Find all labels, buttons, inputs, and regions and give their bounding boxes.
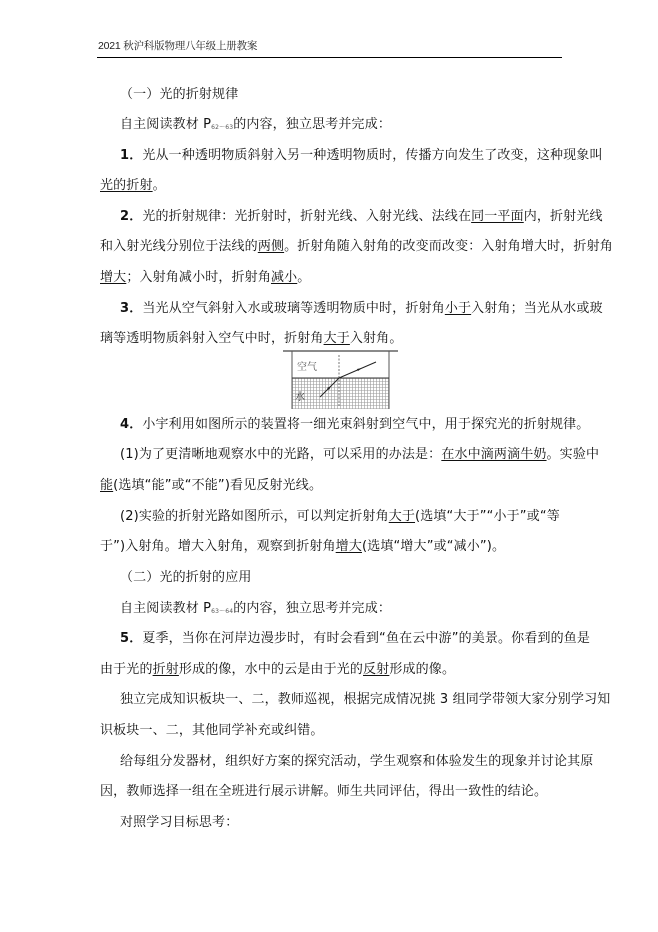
question-text: 夏季，当你在河岸边漫步时，有时会看到“鱼在云中游”的美景。你看到的鱼是 xyxy=(142,631,590,646)
paragraph-1-line-1: 独立完成知识板块一、二，教师巡视，根据完成情况挑 3 组同学带领大家分别学习知 xyxy=(120,691,562,709)
section-heading-2: （二）光的折射的应用 xyxy=(120,569,562,587)
answer-blank: 在水中滴两滴牛奶 xyxy=(441,447,546,462)
answer-blank: 两侧 xyxy=(258,239,284,254)
question-5-line-1: 5．夏季，当你在河岸边漫步时，有时会看到“鱼在云中游”的美景。你看到的鱼是 xyxy=(120,630,562,648)
page-header: 2021 秋沪科版物理八年级上册教案 xyxy=(98,38,562,53)
question-number: 2． xyxy=(120,209,142,224)
question-text: 当光从空气斜射入水或玻璃等透明物质中时，折射角 xyxy=(142,301,444,316)
question-text: (2)实验的折射光路如图所示，可以判定折射角 xyxy=(120,509,389,524)
question-text: (1)为了更清晰地观察水中的光路，可以采用的办法是： xyxy=(120,447,441,462)
question-text: 入射角；当光从水或玻 xyxy=(471,301,603,316)
question-text: 。 xyxy=(297,270,310,285)
question-text: 内，折射光线 xyxy=(524,209,603,224)
question-text: 由于光的 xyxy=(100,662,153,677)
question-text: 璃等透明物质斜射入空气中时，折射角 xyxy=(100,331,324,346)
question-text: 光的折射规律：光折射时，折射光线、入射光线、法线在 xyxy=(142,209,471,224)
reading-prefix: 自主阅读教材 P xyxy=(120,601,211,616)
question-text: 。实验中 xyxy=(547,447,600,462)
answer-blank: 增大 xyxy=(336,539,362,554)
label-air: 空气 xyxy=(297,360,317,373)
answer-blank: 反射 xyxy=(363,662,389,677)
question-text: 小宇利用如图所示的装置将一细光束斜射到空气中，用于探究光的折射规律。 xyxy=(142,417,589,432)
label-water: 水 xyxy=(295,390,305,403)
question-text: 入射角。 xyxy=(350,331,403,346)
answer-blank: 大于 xyxy=(324,331,350,346)
question-4-intro: 4．小宇利用如图所示的装置将一细光束斜射到空气中，用于探究光的折射规律。 xyxy=(120,416,562,434)
question-number: 5． xyxy=(120,631,142,646)
reading-instruction-2: 自主阅读教材 P63～64的内容，独立思考并完成： xyxy=(120,600,562,621)
question-text: 。 xyxy=(153,178,166,193)
answer-blank: 能 xyxy=(100,478,113,493)
question-1-line-2: 光的折射。 xyxy=(100,177,562,195)
answer-blank: 光的折射 xyxy=(100,178,153,193)
question-number: 4． xyxy=(120,417,142,432)
reading-prefix: 自主阅读教材 P xyxy=(120,117,211,132)
question-text: 于”)入射角。增大入射角，观察到折射角 xyxy=(100,539,336,554)
question-text: 形成的像。 xyxy=(389,662,455,677)
question-2-line-2: 和入射光线分别位于法线的两侧。折射角随入射角的改变而改变：入射角增大时，折射角 xyxy=(100,238,562,256)
paragraph-2-line-1: 给每组分发器材，组织好方案的探究活动，学生观察和体验发生的现象并讨论其原 xyxy=(120,753,562,771)
question-1-line-1: 1．光从一种透明物质斜射入另一种透明物质时，传播方向发生了改变，这种现象叫 xyxy=(120,147,562,165)
answer-blank: 大于 xyxy=(389,509,415,524)
refraction-figure: 空气 水 xyxy=(280,345,402,411)
question-text: ；入射角减小时，折射角 xyxy=(126,270,271,285)
question-text: (选填“大于”“小于”或“等 xyxy=(415,509,560,524)
answer-blank: 同一平面 xyxy=(471,209,524,224)
reading-pages: 62～63 xyxy=(211,124,233,131)
question-text: 形成的像，水中的云是由于光的 xyxy=(179,662,363,677)
reading-suffix: 的内容，独立思考并完成： xyxy=(233,601,391,616)
question-3-line-1: 3．当光从空气斜射入水或玻璃等透明物质中时，折射角小于入射角；当光从水或玻 xyxy=(120,300,562,318)
question-text: (选填“增大”或“减小”)。 xyxy=(362,539,505,554)
reading-pages: 63～64 xyxy=(211,608,233,615)
question-5-line-2: 由于光的折射形成的像，水中的云是由于光的反射形成的像。 xyxy=(100,661,562,679)
answer-blank: 增大 xyxy=(100,270,126,285)
section-heading-1: （一）光的折射规律 xyxy=(120,86,562,104)
question-number: 1． xyxy=(120,148,142,163)
question-2-line-1: 2．光的折射规律：光折射时，折射光线、入射光线、法线在同一平面内，折射光线 xyxy=(120,208,562,226)
question-4-part-1-line-1: (1)为了更清晰地观察水中的光路，可以采用的办法是：在水中滴两滴牛奶。实验中 xyxy=(120,446,562,464)
reading-suffix: 的内容，独立思考并完成： xyxy=(233,117,391,132)
question-text: (选填“能”或“不能”)看见反射光线。 xyxy=(113,478,322,493)
paragraph-2-line-2: 因，教师选择一组在全班进行展示讲解。师生共同评估，得出一致性的结论。 xyxy=(100,783,562,801)
reading-instruction-1: 自主阅读教材 P62～63的内容，独立思考并完成： xyxy=(120,116,562,137)
question-number: 3． xyxy=(120,301,142,316)
answer-blank: 小于 xyxy=(445,301,471,316)
header-divider xyxy=(97,57,562,58)
answer-blank: 折射 xyxy=(153,662,179,677)
question-4-part-2-line-2: 于”)入射角。增大入射角，观察到折射角增大(选填“增大”或“减小”)。 xyxy=(100,538,562,556)
question-text: 。折射角随入射角的改变而改变：入射角增大时，折射角 xyxy=(284,239,613,254)
question-4-part-1-line-2: 能(选填“能”或“不能”)看见反射光线。 xyxy=(100,477,562,495)
question-4-part-2-line-1: (2)实验的折射光路如图所示，可以判定折射角大于(选填“大于”“小于”或“等 xyxy=(120,508,562,526)
question-text: 和入射光线分别位于法线的 xyxy=(100,239,258,254)
answer-blank: 减小 xyxy=(271,270,297,285)
paragraph-1-line-2: 识板块一、二，其他同学补充或纠错。 xyxy=(100,722,562,740)
question-2-line-3: 增大；入射角减小时，折射角减小。 xyxy=(100,269,562,287)
paragraph-3: 对照学习目标思考： xyxy=(120,814,562,832)
question-text: 光从一种透明物质斜射入另一种透明物质时，传播方向发生了改变，这种现象叫 xyxy=(142,148,602,163)
